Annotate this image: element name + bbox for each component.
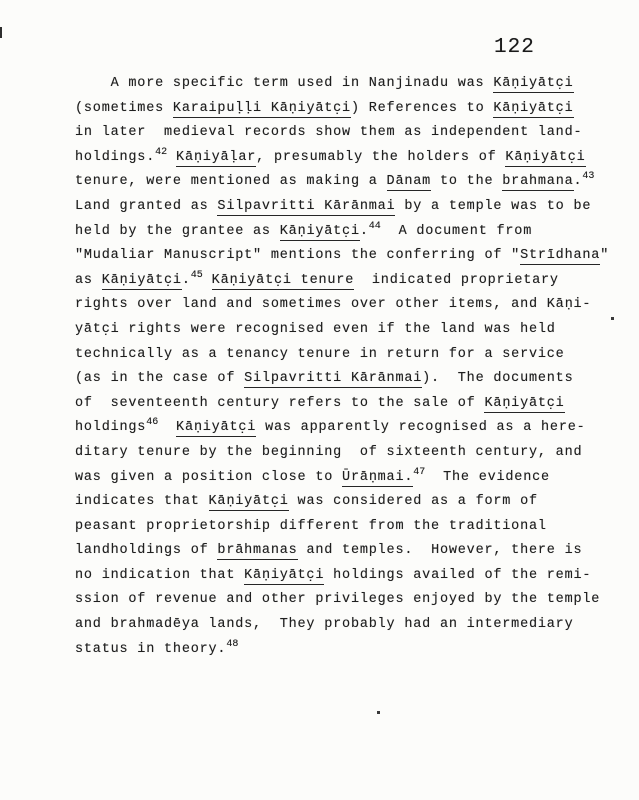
text-run: holdings availed of the remi- [324, 568, 591, 583]
page-number: 122 [494, 36, 535, 59]
text-run: A document from [381, 224, 532, 239]
text-run: (as in the case of [75, 371, 244, 386]
underlined-term: Kāṇiyātc̣i [280, 224, 360, 241]
text-run: and brahmadēya lands, They probably had … [75, 617, 573, 632]
footnote-ref: 42 [155, 147, 167, 158]
text-run [158, 420, 176, 435]
text-run: was apparently recognised as a here- [256, 420, 585, 435]
text-run: " [600, 248, 609, 263]
text-line: (as in the case of Silpavritti Kārānmai)… [75, 367, 620, 392]
text-run: ). The documents [422, 371, 573, 386]
footnote-ref: 44 [369, 221, 381, 232]
text-run: Land granted as [75, 199, 217, 214]
text-line: ssion of revenue and other privileges en… [75, 588, 620, 613]
document-page: 122 A more specific term used in Nanjina… [0, 0, 639, 800]
underlined-term: Dānam [387, 174, 432, 191]
text-run: by a temple was to be [395, 199, 591, 214]
footnote-ref: 47 [413, 467, 425, 478]
text-line: in later medieval records show them as i… [75, 121, 620, 146]
text-run [167, 150, 176, 165]
underlined-term: Kāṇiyātc̣i [493, 101, 573, 118]
text-run: indicated proprietary [354, 273, 559, 288]
text-run: and temples. However, there is [298, 543, 583, 558]
underlined-term: Kāṇiyātc̣i [209, 494, 289, 511]
text-run: "Mudaliar Manuscript" mentions the confe… [75, 248, 520, 263]
text-line: (sometimes Karaipuḷḷi Kāṇiyātc̣i) Refere… [75, 97, 620, 122]
underlined-term: Kāṇiyātc̣i tenure [212, 273, 354, 290]
text-run: in later medieval records show them as i… [75, 125, 582, 140]
text-run: ) References to [351, 101, 493, 116]
text-run: . [360, 224, 369, 239]
text-run: status in theory. [75, 642, 226, 657]
text-line: technically as a tenancy tenure in retur… [75, 343, 620, 368]
text-run: ditary tenure by the beginning of sixtee… [75, 445, 582, 460]
underlined-term: Kāṇiyātc̣i [244, 568, 324, 585]
underlined-term: Kāṇiyātc̣i [176, 420, 256, 437]
text-run: The evidence [425, 470, 550, 485]
text-run: rights over land and sometimes over othe… [75, 297, 591, 312]
text-line: indicates that Kāṇiyātc̣i was considered… [75, 490, 620, 515]
text-line: ditary tenure by the beginning of sixtee… [75, 441, 620, 466]
text-run: ssion of revenue and other privileges en… [75, 592, 600, 607]
text-line: was given a position close to Ūrāṇmai.47… [75, 466, 620, 491]
underlined-term: Kāṇiyātc̣i [493, 76, 573, 93]
text-run: was considered as a form of [289, 494, 538, 509]
footnote-ref: 43 [582, 171, 594, 182]
text-line: rights over land and sometimes over othe… [75, 293, 620, 318]
text-line: and brahmadēya lands, They probably had … [75, 613, 620, 638]
text-line: held by the grantee as Kāṇiyātc̣i.44 A d… [75, 220, 620, 245]
text-line: status in theory.48 [75, 638, 620, 663]
underlined-term: Kāṇiyāḷar [176, 150, 256, 167]
text-run [203, 273, 212, 288]
underlined-term: Kāṇiyātc̣i [505, 150, 585, 167]
underlined-term: Silpavritti Kārānmai [244, 371, 422, 388]
text-run: landholdings of [75, 543, 217, 558]
text-run: , presumably the holders of [256, 150, 505, 165]
text-line: yātc̣i rights were recognised even if th… [75, 318, 620, 343]
text-run: A more specific term used in Nanjinadu w… [75, 76, 493, 91]
text-run: indicates that [75, 494, 209, 509]
underlined-term: Kāṇiyātc̣i [484, 396, 564, 413]
underlined-term: Silpavritti Kārānmai [217, 199, 395, 216]
text-run: holdings [75, 420, 146, 435]
text-run: holdings. [75, 150, 155, 165]
text-line: no indication that Kāṇiyātc̣i holdings a… [75, 564, 620, 589]
underlined-term: Karaipuḷḷi Kāṇiyātc̣i [173, 101, 351, 118]
underlined-term: Strīdhana [520, 248, 600, 265]
text-line: peasant proprietorship different from th… [75, 515, 620, 540]
footnote-ref: 48 [226, 639, 238, 650]
text-run: of seventeenth century refers to the sal… [75, 396, 484, 411]
text-line: of seventeenth century refers to the sal… [75, 392, 620, 417]
footnote-ref: 45 [191, 270, 203, 281]
text-line: Land granted as Silpavritti Kārānmai by … [75, 195, 620, 220]
text-run: technically as a tenancy tenure in retur… [75, 347, 565, 362]
text-line: as Kāṇiyātc̣i.45 Kāṇiyātc̣i tenure indic… [75, 269, 620, 294]
scan-artifact [0, 27, 2, 38]
text-run: no indication that [75, 568, 244, 583]
text-run: peasant proprietorship different from th… [75, 519, 547, 534]
text-run: as [75, 273, 102, 288]
scan-artifact [377, 711, 380, 714]
scan-artifact [611, 317, 614, 320]
underlined-term: Kāṇiyātc̣i [102, 273, 182, 290]
text-run: tenure, were mentioned as making a [75, 174, 387, 189]
page-text: A more specific term used in Nanjinadu w… [75, 72, 620, 662]
text-run: . [182, 273, 191, 288]
text-run: yātc̣i rights were recognised even if th… [75, 322, 556, 337]
underlined-term: brahmana [502, 174, 573, 191]
text-run: was given a position close to [75, 470, 342, 485]
underlined-term: brāhmanas [217, 543, 297, 560]
text-line: A more specific term used in Nanjinadu w… [75, 72, 620, 97]
text-line: "Mudaliar Manuscript" mentions the confe… [75, 244, 620, 269]
text-run: to the [431, 174, 502, 189]
text-line: tenure, were mentioned as making a Dānam… [75, 170, 620, 195]
text-run: held by the grantee as [75, 224, 280, 239]
footnote-ref: 46 [146, 417, 158, 428]
text-run: (sometimes [75, 101, 173, 116]
underlined-term: Ūrāṇmai. [342, 470, 413, 487]
text-line: holdings.42 Kāṇiyāḷar, presumably the ho… [75, 146, 620, 171]
text-line: holdings46 Kāṇiyātc̣i was apparently rec… [75, 416, 620, 441]
text-line: landholdings of brāhmanas and temples. H… [75, 539, 620, 564]
